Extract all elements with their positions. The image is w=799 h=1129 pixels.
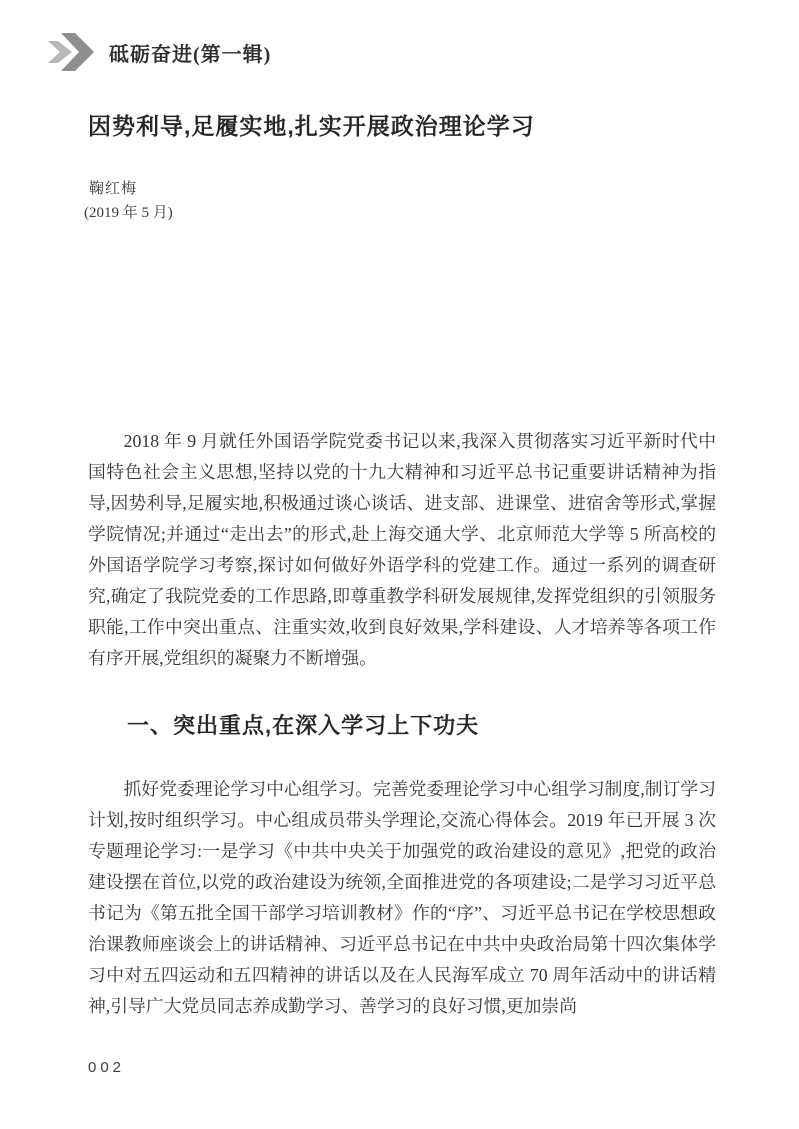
running-header: 砥砺奋进(第一辑) bbox=[46, 30, 271, 74]
article-title: 因势利导,足履实地,扎实开展政治理论学习 bbox=[88, 108, 535, 141]
article-paragraph-1: 2018 年 9 月就任外国语学院党委书记以来,我深入贯彻落实习近平新时代中国特… bbox=[88, 426, 716, 674]
chevron-back-shape bbox=[48, 41, 72, 63]
double-chevron-right-icon bbox=[46, 30, 96, 74]
article-date: (2019 年 5 月) bbox=[84, 201, 173, 222]
page-number: 002 bbox=[88, 1059, 125, 1076]
book-title: 砥砺奋进(第一辑) bbox=[109, 38, 271, 67]
article-author: 鞠红梅 bbox=[89, 177, 137, 198]
section-1-paragraph-1: 抓好党委理论学习中心组学习。完善党委理论学习中心组学习制度,制订学习计划,按时组… bbox=[88, 774, 716, 1022]
section-1-heading: 一、突出重点,在深入学习上下功夫 bbox=[127, 709, 479, 740]
